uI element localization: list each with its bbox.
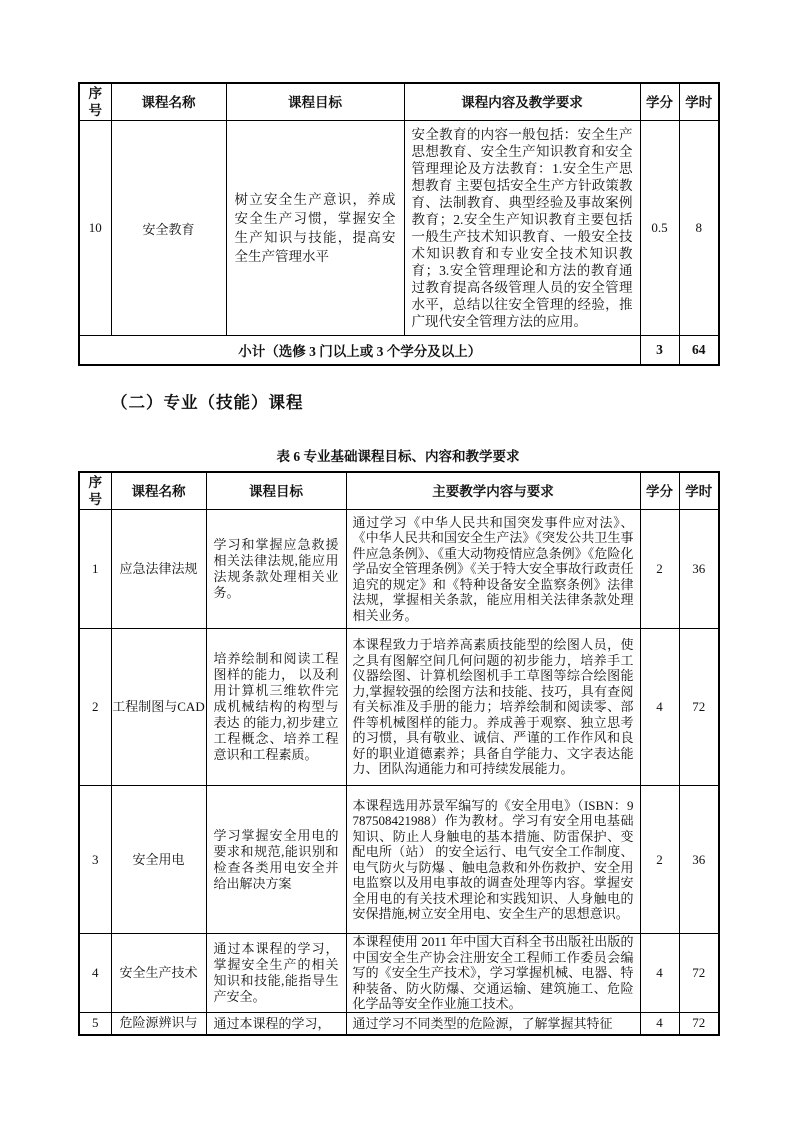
course-hours: 36 — [679, 510, 719, 629]
course-credits: 2 — [640, 786, 679, 934]
course-content: 本课程使用 2011 年中国大百科全书出版社出版的中国安全生产协会注册安全工程师… — [346, 934, 640, 1013]
course-name: 安全用电 — [111, 786, 206, 934]
course-content: 通过学习《中华人民共和国突发事件应对法》、《中华人民共和国安全生产法》《突发公共… — [346, 510, 640, 629]
subtotal-label: 小计（选修 3 门以上或 3 个学分及以上） — [79, 336, 640, 365]
elective-courses-table: 序号 课程名称 课程目标 课程内容及教学要求 学分 学时 10 安全教育 树立安… — [78, 82, 720, 366]
table-row: 5 危险源辨识与 通过本课程的学习， 通过学习不同类型的危险源，了解掌握其特征 … — [79, 1013, 719, 1035]
course-number: 1 — [79, 510, 111, 629]
table2-caption: 表 6 专业基础课程目标、内容和教学要求 — [78, 445, 718, 465]
course-hours: 72 — [679, 1013, 719, 1035]
section-heading: （二）专业（技能）课程 — [111, 389, 304, 413]
course-goal: 通过本课程的学习，掌握安全生产的相关知识和技能,能指导生产安全。 — [206, 934, 346, 1013]
table1-header-goal: 课程目标 — [226, 83, 404, 121]
course-credits: 0.5 — [640, 121, 679, 336]
course-goal: 通过本课程的学习， — [206, 1013, 346, 1035]
table1-header-num: 序号 — [79, 83, 111, 121]
table2-header-name: 课程名称 — [111, 472, 206, 510]
table1-header-hours: 学时 — [679, 83, 719, 121]
course-goal: 培养绘制和阅读工程图样的能力， 以及利用计算机三维软件完成机械结构的构型与表达 … — [206, 629, 346, 786]
subtotal-credits: 3 — [640, 336, 679, 365]
course-number: 3 — [79, 786, 111, 934]
course-content: 通过学习不同类型的危险源，了解掌握其特征 — [346, 1013, 640, 1035]
table2-header-credits: 学分 — [640, 472, 679, 510]
course-goal: 学习掌握安全用电的要求和规范,能识别和检查各类用电安全并给出解决方案 — [206, 786, 346, 934]
course-credits: 4 — [640, 1013, 679, 1035]
course-number: 2 — [79, 629, 111, 786]
table-row: 4 安全生产技术 通过本课程的学习，掌握安全生产的相关知识和技能,能指导生产安全… — [79, 934, 719, 1013]
course-number: 5 — [79, 1013, 111, 1035]
course-number: 4 — [79, 934, 111, 1013]
course-hours: 72 — [679, 934, 719, 1013]
course-name: 安全生产技术 — [111, 934, 206, 1013]
document-page: 序号 课程名称 课程目标 课程内容及教学要求 学分 学时 10 安全教育 树立安… — [0, 0, 793, 1122]
table-row: 3 安全用电 学习掌握安全用电的要求和规范,能识别和检查各类用电安全并给出解决方… — [79, 786, 719, 934]
table2-header-row: 序号 课程名称 课程目标 主要教学内容与要求 学分 学时 — [79, 472, 719, 510]
course-hours: 72 — [679, 629, 719, 786]
course-name: 工程制图与CAD — [111, 629, 206, 786]
table1-header-credits: 学分 — [640, 83, 679, 121]
course-goal: 学习和掌握应急救援相关法律法规,能应用法规条款处理相关业务。 — [206, 510, 346, 629]
table-row: 1 应急法律法规 学习和掌握应急救援相关法律法规,能应用法规条款处理相关业务。 … — [79, 510, 719, 629]
course-content: 本课程致力于培养高素质技能型的绘图人员，使之具有图解空间几何问题的初步能力，培养… — [346, 629, 640, 786]
course-content: 本课程选用苏景军编写的《安全用电》（ISBN：9787508421988）作为教… — [346, 786, 640, 934]
professional-basic-courses-table: 序号 课程名称 课程目标 主要教学内容与要求 学分 学时 1 应急法律法规 学习… — [78, 471, 720, 1036]
table2-header-goal: 课程目标 — [206, 472, 346, 510]
course-name: 应急法律法规 — [111, 510, 206, 629]
course-credits: 4 — [640, 629, 679, 786]
table2-header-hours: 学时 — [679, 472, 719, 510]
course-goal: 树立安全生产意识，养成安全生产习惯，掌握安全生产知识与技能，提高安全生产管理水平 — [226, 121, 404, 336]
subtotal-hours: 64 — [679, 336, 719, 365]
course-name: 安全教育 — [111, 121, 226, 336]
table1-header-content: 课程内容及教学要求 — [404, 83, 640, 121]
subtotal-row: 小计（选修 3 门以上或 3 个学分及以上） 3 64 — [79, 336, 719, 365]
table2-header-content: 主要教学内容与要求 — [346, 472, 640, 510]
course-content: 安全教育的内容一般包括：安全生产思想教育、安全生产知识教育和安全管理理论及方法教… — [404, 121, 640, 336]
course-credits: 2 — [640, 510, 679, 629]
table-row: 10 安全教育 树立安全生产意识，养成安全生产习惯，掌握安全生产知识与技能，提高… — [79, 121, 719, 336]
course-name: 危险源辨识与 — [111, 1013, 206, 1035]
table2-header-num: 序号 — [79, 472, 111, 510]
course-hours: 36 — [679, 786, 719, 934]
table1-header-name: 课程名称 — [111, 83, 226, 121]
course-credits: 4 — [640, 934, 679, 1013]
course-hours: 8 — [679, 121, 719, 336]
table-row: 2 工程制图与CAD 培养绘制和阅读工程图样的能力， 以及利用计算机三维软件完成… — [79, 629, 719, 786]
course-number: 10 — [79, 121, 111, 336]
table1-header-row: 序号 课程名称 课程目标 课程内容及教学要求 学分 学时 — [79, 83, 719, 121]
